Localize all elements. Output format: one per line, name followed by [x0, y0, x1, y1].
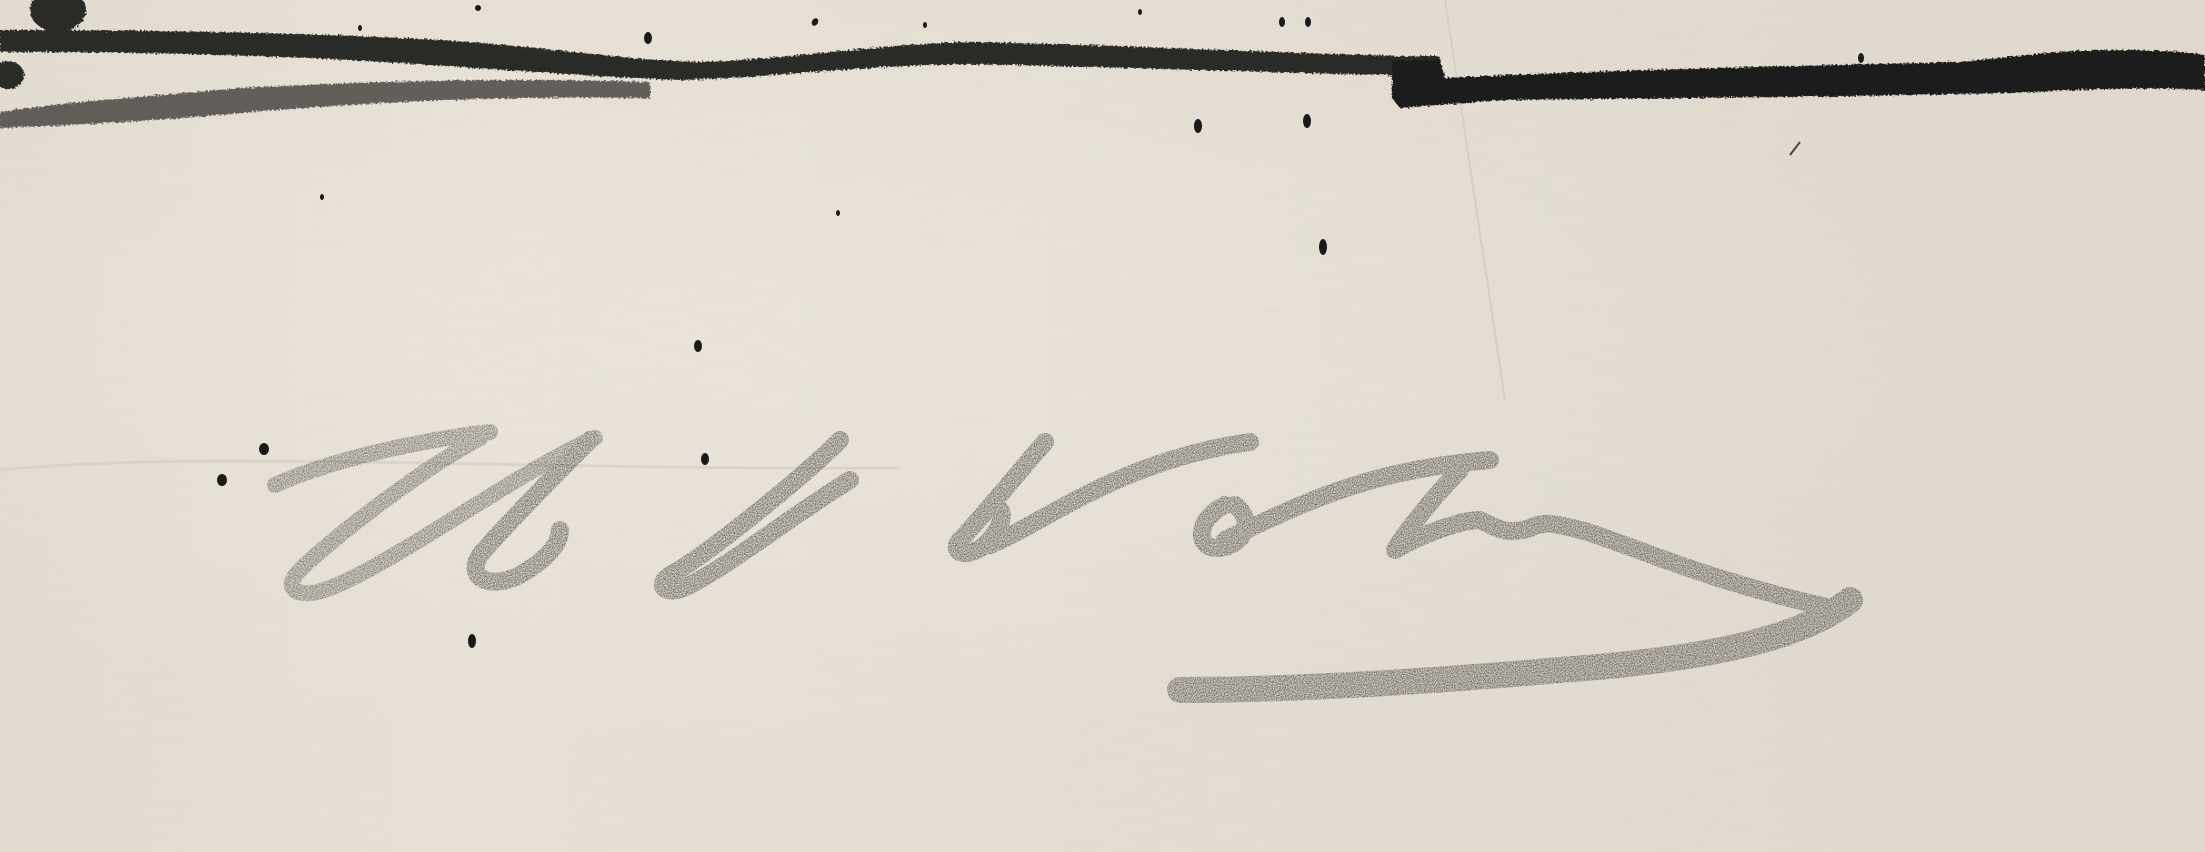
- artwork-drawing: [0, 0, 2205, 852]
- paper-texture: [0, 0, 2205, 852]
- artwork-paper: illegible handwritten signature: [0, 0, 2205, 852]
